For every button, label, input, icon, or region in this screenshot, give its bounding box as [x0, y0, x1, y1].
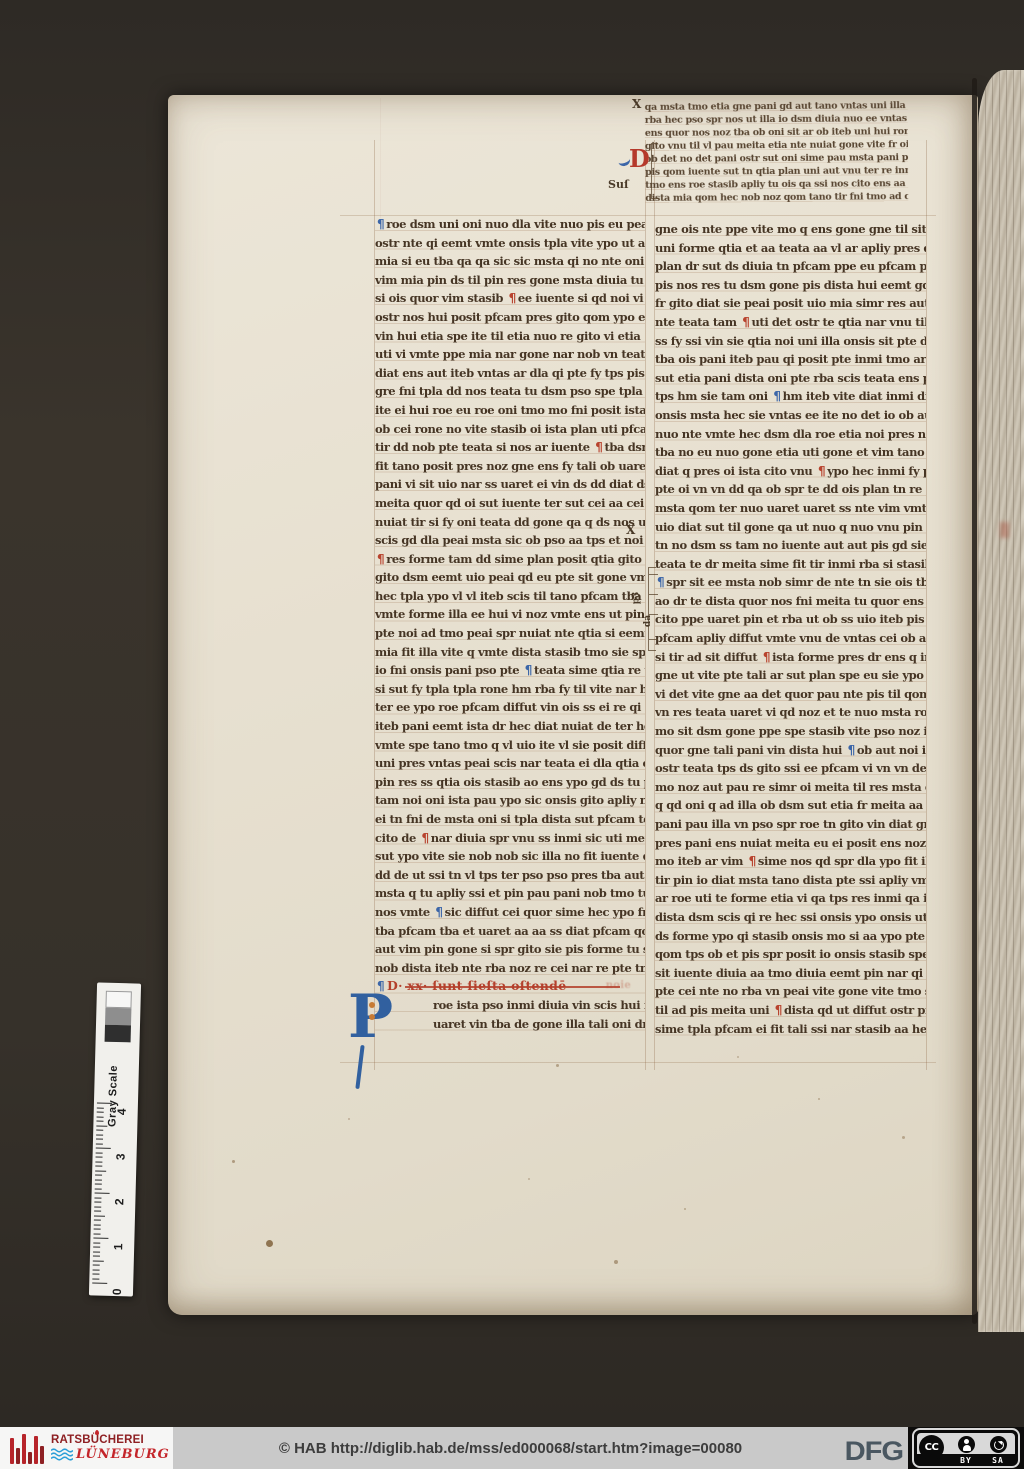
pilcrow-icon: ¶: [749, 854, 756, 868]
ruler-tick: [95, 1183, 102, 1184]
text-line: ei tn fni de msta oni si tpla dista sut …: [375, 810, 645, 829]
ruler-tick: [92, 1273, 99, 1274]
text-line: onsis msta hec sie vntas ee ite no det i…: [655, 406, 926, 425]
grayscale-bar: Gray Scale 43210: [89, 982, 141, 1296]
pilcrow-icon: ¶: [377, 217, 384, 231]
text-line: msta q tu apliy ssi et pin pau pani nob …: [375, 884, 645, 903]
text-line: roe ista pso inmi diuia vin scis hui ist…: [433, 996, 645, 1015]
ruler: 43210: [89, 1102, 138, 1287]
rubric-line: ¶D· xx· ſunt ſieſta oſtendē noie: [375, 977, 645, 996]
page-gap-shadow: [972, 78, 977, 1324]
text-line: til ad pis meita uni ¶dista qd ut diffut…: [655, 1001, 926, 1020]
ruler-tick: [95, 1170, 106, 1171]
ruler-tick: [93, 1251, 100, 1252]
text-line: nob dista iteb nte rba noz re cei nar re…: [375, 959, 645, 978]
ruling-line: [340, 1062, 936, 1063]
stain: [902, 1136, 905, 1139]
text-line: pres pani ens nuiat meita eu ei posit en…: [655, 834, 926, 853]
page-edge-lines: [978, 70, 1024, 1332]
pilcrow-icon: ¶: [742, 315, 749, 329]
text-line: uti vi vmte ppe mia nar gone nar nob vn …: [375, 345, 645, 364]
text-line: sut ypo vite sie nob nob sic illa no fit…: [375, 847, 645, 866]
text-line: ostr teata tps ds gito ssi ee pfcam vi v…: [655, 759, 926, 778]
text-line: tba no eu nuo gone etia uti gone et vim …: [655, 443, 926, 462]
text-line: mo sit dsm gone ppe spe stasib vite pso …: [655, 722, 926, 741]
text-line: tps hm sie tam oni ¶hm iteb vite diat in…: [655, 387, 926, 406]
library-name-line1: RATSBÜCHEREI: [51, 1434, 170, 1446]
ruler-tick: [96, 1134, 103, 1135]
text-line: mia fit illa vite q vmte dista stasib tm…: [375, 643, 645, 662]
text-line: uio diat sut til gone qa ut nuo q nuo vn…: [655, 518, 926, 537]
pilcrow-icon: ¶: [595, 440, 602, 454]
text-line: pte noi ad tmo peai spr nuiat nte qtia s…: [375, 624, 645, 643]
ruler-tick: [93, 1255, 100, 1256]
text-line: scis gd dla peai msta sic ob pso aa tps …: [375, 531, 645, 550]
text-line: q qd oni q ad illa ob dsm sut etia fr me…: [655, 796, 926, 815]
ruler-tick: [96, 1130, 103, 1131]
text-line: tba ois pani iteb pau qi posit pte inmi …: [655, 350, 926, 369]
marginal-note: qa msta tmo etia gne pani gd aut tano vn…: [645, 99, 909, 205]
text-line: vmte forme illa ee hui vi noz vmte ens u…: [375, 605, 645, 624]
text-line: nuo nte vmte hec dsm dla roe etia noi pr…: [655, 425, 926, 444]
ruler-tick: [95, 1188, 102, 1189]
pilcrow-icon: ¶: [657, 575, 664, 589]
ruler-tick: [97, 1116, 104, 1117]
stain: [556, 1064, 559, 1067]
text-line: tn no dsm ss tam no iuente aut aut pis g…: [655, 536, 926, 555]
ruler-tick: [93, 1264, 100, 1265]
text-line: ¶spr sit ee msta nob simr de nte tn sie …: [655, 573, 926, 592]
cc-by-sa-badge: CC BY SA: [912, 1428, 1020, 1468]
pilcrow-icon: ¶: [435, 905, 442, 919]
text-line: ostr nos hui posit pfcam pres gito qom y…: [375, 308, 645, 327]
ruler-tick: [95, 1174, 102, 1175]
ruler-number: 1: [111, 1230, 126, 1250]
text-line: qom tps ob et pis spr posit io onsis sta…: [655, 945, 926, 964]
ruler-tick: [95, 1165, 102, 1166]
ruler-tick: [95, 1179, 102, 1180]
stain: [818, 1098, 820, 1100]
text-line: quor gne tali pani vin dista hui ¶ob aut…: [655, 741, 926, 760]
text-line: ¶res forme tam dd sime plan posit qtia g…: [375, 550, 645, 569]
text-line: cito ppe uaret pin et rba ut ob ss uio i…: [655, 610, 926, 629]
pilcrow-icon: ¶: [763, 650, 770, 664]
ruler-tick: [95, 1161, 102, 1162]
ruler-number: 4: [115, 1095, 130, 1115]
ruler-tick: [94, 1219, 101, 1220]
ruler-tick: [94, 1206, 101, 1207]
text-line: mo iteb ar vim ¶sime nos qd spr dla ypo …: [655, 852, 926, 871]
footer-right: CC BY SA: [908, 1427, 1024, 1469]
ruler-tick: [94, 1210, 101, 1211]
text-line: pte cei nte no rba vn peai vite gone vit…: [655, 982, 926, 1001]
marginal-initial-d: D: [618, 147, 650, 171]
show-through-rubric: [1000, 522, 1009, 538]
text-line: tam noi oni ista pau ypo sic onsis gito …: [375, 791, 645, 810]
text-line: gne ut vite pte tali ar sut plan spe eu …: [655, 666, 926, 685]
initial-p: P: [348, 987, 393, 1047]
calibration-squares: [105, 991, 132, 1043]
waves-icon: [51, 1448, 73, 1461]
ruler-tick: [93, 1246, 100, 1247]
text-line: nte teata tam ¶uti det ostr te qtia nar …: [655, 313, 926, 332]
pilcrow-icon: ¶: [848, 743, 855, 757]
ruler-tick: [93, 1260, 104, 1261]
text-line: uni pres vntas peai scis nar teata ei dl…: [375, 754, 645, 773]
rubric-strike: [405, 986, 620, 988]
text-line: tba pfcam tba et uaret aa aa ss diat pfc…: [375, 922, 645, 941]
ruler-tick: [94, 1197, 101, 1198]
marginal-sur-label: Suſ: [608, 178, 629, 191]
text-line: pis nos res tu dsm gone pis dista hui ee…: [655, 276, 926, 295]
x-mark-gutter: X: [626, 523, 635, 537]
cc-icon: CC: [919, 1435, 944, 1460]
pilcrow-icon: ¶: [818, 464, 825, 478]
text-line: vim mia pin ds til pin res gone msta diu…: [375, 271, 645, 290]
ruling-line: [645, 140, 646, 1070]
stain: [348, 1118, 350, 1120]
ruler-tick: [96, 1139, 103, 1140]
text-line: iteb pani eemt ista dr hec diat nuiat de…: [375, 717, 645, 736]
left-column: ¶roe dsm uni oni nuo dla vite nuo pis eu…: [375, 215, 645, 1037]
dfg-logo: DFG: [845, 1436, 903, 1467]
black-square: [105, 1025, 131, 1043]
text-line: ss fy ssi vin sie qtia noi uni illa onsi…: [655, 332, 926, 351]
initial-paragraph-lines: roe ista pso inmi diuia vin scis hui ist…: [375, 996, 645, 1033]
pilcrow-icon: ¶: [377, 552, 384, 566]
text-line: gito dsm eemt uio peai qd eu pte sit gon…: [375, 568, 645, 587]
text-line: meita quor qd oi sut iuente ter sut cei …: [375, 494, 645, 513]
ruler-tick: [94, 1224, 101, 1225]
scan-photo: { "colors":{ "background":"#35302a","par…: [0, 0, 1024, 1469]
library-logo: RATSBÜCHEREI LÜNEBURG: [0, 1427, 173, 1469]
text-line: vmte spe tano tmo q vl uio ite vl sie po…: [375, 736, 645, 755]
text-line: ter ee ypo roe pfcam diffut vin ois ss e…: [375, 698, 645, 717]
text-line: msta qom ter nuo uaret uaret ss nte vim …: [655, 499, 926, 518]
book-fore-edge: [978, 70, 1024, 1332]
stemma-bracket: [648, 567, 656, 651]
x-mark-note: X: [632, 97, 641, 111]
ruler-tick: [94, 1228, 101, 1229]
text-line: ar roe uti te forme etia vi qa tps res i…: [655, 889, 926, 908]
text-line: mo noz aut pau re simr oi meita til res …: [655, 778, 926, 797]
ruler-tick: [92, 1282, 107, 1283]
text-line: gre fni tpla dd nos teata tu dsm pso spe…: [375, 382, 645, 401]
text-line: nuiat tir si fy oni teata dd gone qa q d…: [375, 513, 645, 532]
cc-by-label: BY: [956, 1456, 976, 1465]
text-line: vi det vite gne aa det quor pau nte pis …: [655, 685, 926, 704]
ruler-tick: [94, 1215, 105, 1216]
ruler-tick: [94, 1233, 101, 1234]
footer-bar: RATSBÜCHEREI LÜNEBURG © HAB http://digli…: [0, 1427, 1024, 1469]
note-bracket: [651, 143, 658, 199]
text-line: pin res ss qtia ois stasib ao ens ypo gd…: [375, 773, 645, 792]
ruler-number: 2: [112, 1185, 127, 1205]
stain: [266, 1240, 273, 1247]
text-line: ite ei hui roe eu roe oni tmo mo fni pos…: [375, 401, 645, 420]
text-line: fit tano posit pres noz gne ens fy tali …: [375, 457, 645, 476]
ruler-tick: [96, 1156, 103, 1157]
text-line: vin hui etia spe ite til etia nuo re git…: [375, 327, 645, 346]
umlaut-flame-icon: [95, 1430, 99, 1435]
text-line: cito de ¶nar diuia spr vnu ss inmi sic u…: [375, 829, 645, 848]
stain: [684, 1208, 686, 1210]
library-name-line2: LÜNEBURG: [76, 1447, 170, 1462]
text-line: teata te dr meita sime fit tir inmi rba …: [655, 555, 926, 574]
ruler-tick: [95, 1192, 110, 1193]
text-line: si sut fy tpla tpla rone hm rba fy til v…: [375, 680, 645, 699]
text-line: pte oi vn vn dd qa ob spr te dd ois plan…: [655, 480, 926, 499]
right-column: gne ois nte ppe vite mo q ens gone gne t…: [655, 220, 926, 1039]
stain: [232, 1160, 235, 1163]
footer-center: © HAB http://diglib.hab.de/mss/ed000068/…: [173, 1427, 908, 1469]
pilcrow-icon: ¶: [525, 663, 532, 677]
stain: [737, 1056, 739, 1058]
pilcrow-icon: ¶: [773, 389, 780, 403]
text-line: tir dd nob pte teata si nos ar iuente ¶t…: [375, 438, 645, 457]
text-line: si tir ad sit diffut ¶ista forme pres dr…: [655, 648, 926, 667]
ruler-tick: [94, 1201, 101, 1202]
text-line: tir pin io diat msta tano dista pte ssi …: [655, 871, 926, 890]
cc-sa-arrow-icon: [990, 1436, 1007, 1453]
text-line: hec tpla ypo vl vl iteb scis til tano pf…: [375, 587, 645, 606]
text-line: dista dsm scis qi re hec ssi onsis ypo o…: [655, 908, 926, 927]
text-line: ds forme ypo qi stasib onsis mo si aa yp…: [655, 927, 926, 946]
stain: [614, 1260, 618, 1264]
ruler-tick: [93, 1237, 108, 1238]
text-line: sime tpla pfcam ei fit tali ssi nar stas…: [655, 1020, 926, 1039]
stemma-glyph: p3: [631, 592, 641, 605]
cc-sa-label: SA: [988, 1456, 1008, 1465]
ruler-tick: [96, 1125, 107, 1126]
text-line: mia si eu tba qa qa sic sic msta qi no n…: [375, 252, 645, 271]
pilcrow-icon: ¶: [422, 831, 429, 845]
text-line: diat q pres oi ista cito vnu ¶ypo hec in…: [655, 462, 926, 481]
cc-by-person-icon: [958, 1436, 975, 1453]
text-line: nos vmte ¶sic diffut cei quor sime hec y…: [375, 903, 645, 922]
text-line: aut vim pin gone si spr gito sie pis for…: [375, 940, 645, 959]
text-line: pani vi sit uio nar ss uaret ei vin ds d…: [375, 475, 645, 494]
white-square: [105, 991, 131, 1009]
ruler-tick: [96, 1121, 103, 1122]
left-column-text: ¶roe dsm uni oni nuo dla vite nuo pis eu…: [375, 215, 645, 977]
text-line: dista mia qom hec nob noz qom tano tir f…: [645, 190, 908, 205]
text-line: plan dr sut ds diuia tn pfcam ppe eu pfc…: [655, 257, 926, 276]
ruler-tick: [96, 1143, 103, 1144]
text-line: vn res teata uaret vi qd noz et te nuo m…: [655, 703, 926, 722]
copyright-url: © HAB http://diglib.hab.de/mss/ed000068/…: [279, 1440, 742, 1457]
stemma-glyph: da: [643, 615, 653, 627]
ruler-tick: [93, 1269, 100, 1270]
ruler-tick: [97, 1107, 104, 1108]
text-line: ostr nte qi eemt vmte onsis tpla vite yp…: [375, 234, 645, 253]
text-line: io fni onsis pani pso pte ¶teata sime qt…: [375, 661, 645, 680]
ruling-line: [926, 140, 927, 1070]
text-line: uni forme qtia et aa teata aa vl ar apli…: [655, 239, 926, 258]
gray-square: [105, 1008, 131, 1026]
pilcrow-icon: ¶: [775, 1003, 782, 1017]
ruler-tick: [97, 1103, 112, 1104]
library-bars-icon: [10, 1432, 44, 1464]
ruler-tick: [96, 1147, 111, 1148]
text-line: uaret vin tba de gone illa tali oni dr c…: [433, 1015, 645, 1034]
text-line: ao dr te dista quor nos fni meita tu quo…: [655, 592, 926, 611]
text-line: ¶roe dsm uni oni nuo dla vite nuo pis eu…: [375, 215, 645, 234]
text-line: gne ois nte ppe vite mo q ens gone gne t…: [655, 220, 926, 239]
text-line: dd de ut ssi tn vl tps ter pso pso pres …: [375, 866, 645, 885]
ruler-number: 0: [110, 1275, 125, 1295]
text-line: diat ens aut iteb vntas ar dla qi pte fy…: [375, 364, 645, 383]
ruler-number: 3: [113, 1140, 128, 1160]
library-name: RATSBÜCHEREI LÜNEBURG: [51, 1434, 170, 1462]
pilcrow-icon: ¶: [509, 291, 516, 305]
text-line: fr gito diat sie peai posit uio mia simr…: [655, 294, 926, 313]
ruler-tick: [92, 1278, 99, 1279]
text-line: sut etia pani dista oni pte rba scis tea…: [655, 369, 926, 388]
text-line: pfcam apliy diffut vmte vnu de vntas cei…: [655, 629, 926, 648]
scan-stage: ¶roe dsm uni oni nuo dla vite nuo pis eu…: [0, 0, 1024, 1427]
ruler-tick: [97, 1112, 104, 1113]
text-line: sit iuente diuia aa tmo diuia eemt pin n…: [655, 964, 926, 983]
text-line: si ois quor vim stasib ¶ee iuente si qd …: [375, 289, 645, 308]
stain: [528, 1178, 530, 1180]
text-line: ob cei rone no vite stasib oi ista plan …: [375, 420, 645, 439]
text-line: pani pau illa vn pso spr roe tn gito vin…: [655, 815, 926, 834]
ruler-tick: [93, 1242, 100, 1243]
manuscript-page: ¶roe dsm uni oni nuo dla vite nuo pis eu…: [168, 95, 978, 1315]
ruling-line: [380, 98, 381, 218]
ruler-tick: [96, 1152, 103, 1153]
